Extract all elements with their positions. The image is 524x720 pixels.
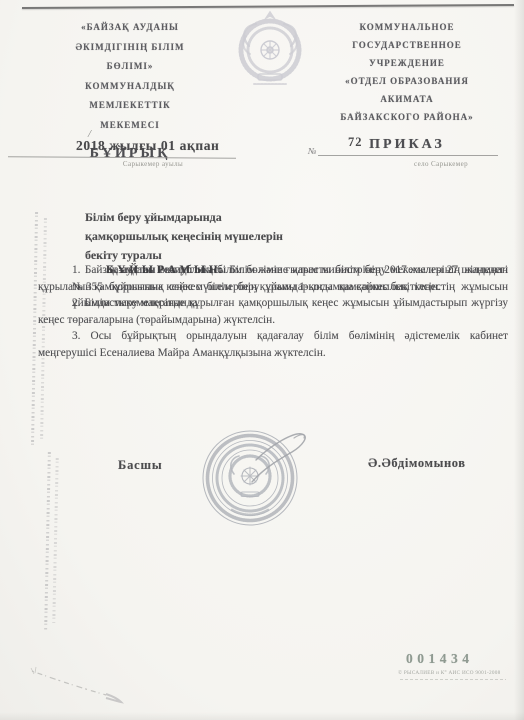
org-name-ru-line: БАЙЗАКСКОГО РАЙОНА» bbox=[318, 108, 496, 126]
scan-right-edge-shadow bbox=[514, 0, 524, 720]
scanned-order-document: «БАЙЗАҚ АУДАНЫ ӘКІМДІГІНІҢ БІЛІМ БӨЛІМІ»… bbox=[0, 0, 524, 720]
order-date: 2018 жылғы 01 ақпан bbox=[76, 138, 246, 154]
scan-bottom-edge-shadow bbox=[0, 712, 524, 720]
margin-fineprint-strip bbox=[44, 452, 51, 630]
order-number-value: 72 bbox=[348, 135, 363, 150]
number-underline bbox=[318, 155, 498, 156]
signer-role: Басшы bbox=[118, 458, 162, 473]
kazakhstan-emblem-icon bbox=[232, 8, 308, 92]
org-name-russian-block: КОММУНАЛЬНОЕ ГОСУДАРСТВЕННОЕ УЧРЕЖДЕНИЕ … bbox=[318, 18, 496, 153]
org-name-ru-line: ГОСУДАРСТВЕННОЕ УЧРЕЖДЕНИЕ bbox=[318, 36, 496, 72]
official-round-stamp bbox=[198, 426, 338, 530]
printer-mark-fineprint: © РЫСАЛИЕВ и К° АИС ИСО 9001-2008 bbox=[398, 670, 510, 676]
org-name-ru-line: «ОТДЕЛ ОБРАЗОВАНИЯ АКИМАТА bbox=[318, 72, 496, 108]
printer-mark-underline bbox=[400, 679, 506, 680]
date-place-caption: Сарыкемер ауылы bbox=[98, 160, 208, 168]
order-title-line: Білім беру ұйымдарында bbox=[85, 208, 335, 227]
margin-fineprint-strip bbox=[31, 212, 38, 448]
org-name-kk-line: КОММУНАЛДЫҚ МЕМЛЕКЕТТІК bbox=[55, 77, 205, 116]
signer-name: Ә.Әбдімомынов bbox=[368, 456, 466, 471]
order-word: Б Ұ Й Ы Р А М Ы Н: bbox=[72, 262, 222, 279]
margin-fineprint-strip bbox=[52, 458, 58, 623]
form-serial-number: 001434 bbox=[406, 651, 474, 667]
order-title-line: қамқоршылық кеңесінің мүшелерін bbox=[85, 227, 335, 246]
order-title: Білім беру ұйымдарында қамқоршылық кеңес… bbox=[85, 208, 335, 265]
org-name-kk-line: ӘКІМДІГІНІҢ БІЛІМ БӨЛІМІ» bbox=[55, 38, 205, 77]
org-name-kk-line: «БАЙЗАҚ АУДАНЫ bbox=[55, 18, 205, 38]
org-name-kk-line: МЕКЕМЕСІ bbox=[55, 116, 205, 136]
doc-type-russian: ПРИКАЗ bbox=[318, 137, 496, 153]
order-item: 3. Осы бұйрықтың орындалуын қадағалау бі… bbox=[38, 328, 508, 361]
number-place-caption: село Сарыкемер bbox=[386, 160, 496, 168]
pencil-scratch-mark bbox=[28, 665, 128, 710]
number-sign-label: № bbox=[308, 146, 317, 156]
order-body: Қазақстан Республикасы Білім және ғылым … bbox=[38, 262, 508, 362]
org-name-ru-line: КОММУНАЛЬНОЕ bbox=[318, 18, 496, 36]
